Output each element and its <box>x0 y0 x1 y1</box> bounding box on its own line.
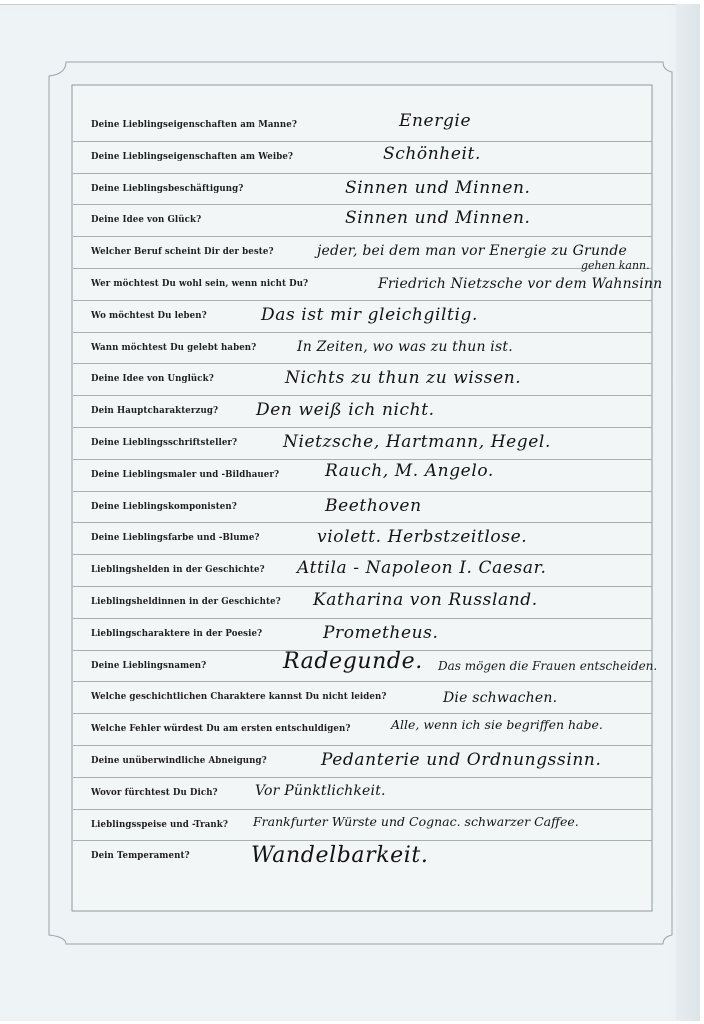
form-row: Wann möchtest Du gelebt haben? In Zeiten… <box>73 333 652 365</box>
question-label: Deine Lieblingseigenschaften am Manne? <box>91 119 297 130</box>
form-row: Deine Lieblingseigenschaften am Weibe? S… <box>73 142 652 174</box>
form-row: Deine Lieblingseigenschaften am Manne? E… <box>73 110 652 142</box>
question-label: Welche geschichtlichen Charaktere kannst… <box>91 691 387 702</box>
handwritten-answer: Pedanterie und Ordnungssinn. <box>321 750 601 770</box>
question-label: Welche Fehler würdest Du am ersten entsc… <box>91 723 351 734</box>
handwritten-answer: Wandelbarkeit. <box>251 843 428 868</box>
handwritten-answer: Friedrich Nietzsche vor dem Wahnsinn <box>378 276 662 292</box>
question-label: Lieblingshelden in der Geschichte? <box>91 564 265 575</box>
question-label: Deine Lieblingsbeschäftigung? <box>91 183 243 194</box>
question-label: Welcher Beruf scheint Dir der beste? <box>91 246 274 257</box>
form-row: Lieblingshelden in der Geschichte? Attil… <box>73 555 652 587</box>
handwritten-answer: In Zeiten, wo was zu thun ist. <box>297 339 513 355</box>
handwritten-answer: Energie <box>399 111 471 131</box>
handwritten-answer: Sinnen und Minnen. <box>345 178 531 198</box>
form-row: Welche Fehler würdest Du am ersten entsc… <box>73 714 652 746</box>
handwritten-answer: jeder, bei dem man vor Energie zu Grunde <box>317 243 627 259</box>
form-row: Lieblingscharaktere in der Poesie? Prome… <box>73 619 652 651</box>
form-row: Welche geschichtlichen Charaktere kannst… <box>73 682 652 714</box>
form-row: Lieblingsheldinnen in der Geschichte? Ka… <box>73 587 652 619</box>
question-label: Deine Lieblingskomponisten? <box>91 501 237 512</box>
handwritten-answer: Katharina von Russland. <box>313 590 538 610</box>
form-row: Deine Lieblingsschriftsteller? Nietzsche… <box>73 428 652 460</box>
form-row: Wer möchtest Du wohl sein, wenn nicht Du… <box>73 269 652 301</box>
form-row: Lieblingsspeise und -Trank? Frankfurter … <box>73 810 652 842</box>
handwritten-answer: Alle, wenn ich sie begriffen habe. <box>391 717 603 732</box>
question-label: Dein Temperament? <box>91 850 190 861</box>
form-row: Deine Lieblingsnamen? Radegunde. Das mög… <box>73 651 652 683</box>
form-row: Dein Temperament? Wandelbarkeit. <box>73 841 652 909</box>
form-row: Deine Idee von Glück? Sinnen und Minnen. <box>73 205 652 237</box>
form-row: Wovor fürchtest Du Dich? Vor Pünktlichke… <box>73 778 652 810</box>
handwritten-answer: Attila - Napoleon I. Caesar. <box>297 558 546 578</box>
form-row: Deine Lieblingsmaler und -Bildhauer? Rau… <box>73 460 652 492</box>
handwritten-answer: Den weiß ich nicht. <box>256 400 435 420</box>
question-label: Deine unüberwindliche Abneigung? <box>91 755 267 766</box>
question-label: Lieblingscharaktere in der Poesie? <box>91 628 262 639</box>
form-row: Deine Lieblingskomponisten? Beethoven <box>73 492 652 524</box>
handwritten-answer: Sinnen und Minnen. <box>345 208 531 228</box>
handwritten-answer: Schönheit. <box>383 144 481 164</box>
handwritten-answer: Die schwachen. <box>443 690 557 706</box>
handwritten-answer: violett. Herbstzeitlose. <box>317 527 527 547</box>
question-label: Deine Lieblingsnamen? <box>91 660 206 671</box>
handwritten-answer: Das ist mir gleichgiltig. <box>261 305 478 325</box>
handwritten-answer: Rauch, M. Angelo. <box>325 461 494 481</box>
question-label: Wann möchtest Du gelebt haben? <box>91 342 256 353</box>
form-row: Deine unüberwindliche Abneigung? Pedante… <box>73 746 652 778</box>
form-row: Wo möchtest Du leben? Das ist mir gleich… <box>73 301 652 333</box>
handwritten-answer: Vor Pünktlichkeit. <box>255 783 386 799</box>
handwritten-answer: Beethoven <box>325 496 422 516</box>
handwritten-answer: Nietzsche, Hartmann, Hegel. <box>283 432 551 452</box>
question-label: Deine Lieblingseigenschaften am Weibe? <box>91 151 293 162</box>
question-label: Deine Idee von Glück? <box>91 214 201 225</box>
handwritten-answer: Radegunde. <box>283 649 423 674</box>
question-label: Deine Lieblingsfarbe und -Blume? <box>91 532 260 543</box>
handwritten-answer-continuation: Das mögen die Frauen entscheiden. <box>438 659 657 673</box>
question-label: Wovor fürchtest Du Dich? <box>91 787 218 798</box>
question-label: Lieblingsspeise und -Trank? <box>91 819 228 830</box>
question-label: Wer möchtest Du wohl sein, wenn nicht Du… <box>91 278 308 289</box>
form-row: Welcher Beruf scheint Dir der beste? jed… <box>73 237 652 269</box>
form-row: Dein Hauptcharakterzug? Den weiß ich nic… <box>73 396 652 428</box>
question-label: Dein Hauptcharakterzug? <box>91 405 218 416</box>
form-row: Deine Idee von Unglück? Nichts zu thun z… <box>73 364 652 396</box>
questionnaire-form: Deine Lieblingseigenschaften am Manne? E… <box>73 110 652 909</box>
handwritten-answer: Nichts zu thun zu wissen. <box>285 368 521 388</box>
handwritten-answer: Prometheus. <box>323 623 439 643</box>
question-label: Lieblingsheldinnen in der Geschichte? <box>91 596 281 607</box>
question-label: Wo möchtest Du leben? <box>91 310 207 321</box>
form-row: Deine Lieblingsbeschäftigung? Sinnen und… <box>73 174 652 206</box>
question-label: Deine Idee von Unglück? <box>91 373 214 384</box>
handwritten-answer: Frankfurter Würste und Cognac. schwarzer… <box>253 814 579 829</box>
form-row: Deine Lieblingsfarbe und -Blume? violett… <box>73 523 652 555</box>
question-label: Deine Lieblingsschriftsteller? <box>91 437 237 448</box>
question-label: Deine Lieblingsmaler und -Bildhauer? <box>91 469 279 480</box>
